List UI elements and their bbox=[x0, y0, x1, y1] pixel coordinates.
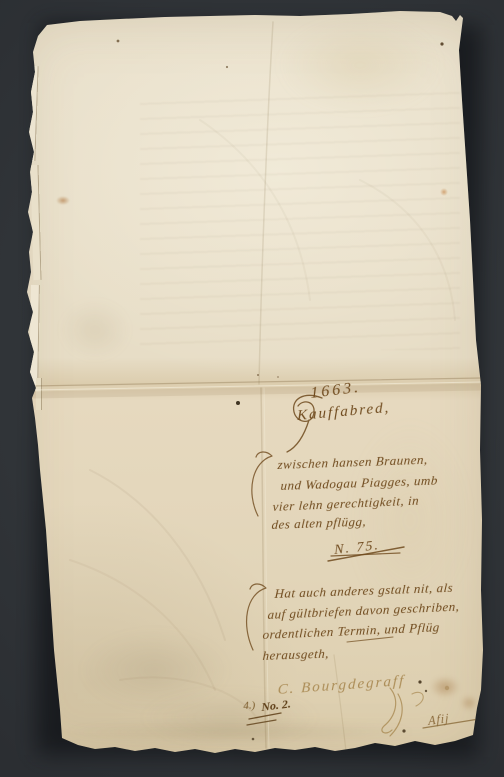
smudge bbox=[60, 720, 420, 744]
smudge bbox=[60, 300, 130, 360]
stain bbox=[56, 196, 70, 205]
paragraph1-bracket-flourish bbox=[252, 452, 272, 516]
manuscript-line: herausgeth, bbox=[262, 646, 329, 664]
manuscript-paper: 1663. Kauffabred, zwischen hansen Braune… bbox=[0, 0, 504, 777]
torn-edge bbox=[30, 165, 41, 280]
torn-edge bbox=[36, 378, 42, 410]
stain bbox=[460, 695, 478, 711]
photograph-of-manuscript: 1663. Kauffabred, zwischen hansen Braune… bbox=[0, 0, 504, 777]
signature: C. Bourgdegraff bbox=[277, 673, 405, 699]
signature-end-flourish bbox=[412, 692, 423, 706]
title-inscription: Kauffabred, bbox=[297, 400, 390, 425]
torn-edge bbox=[28, 66, 38, 161]
manuscript-line: ordentlichen Termin, und Pflüg bbox=[262, 619, 440, 643]
text-show-through bbox=[140, 90, 460, 350]
fold-crease-highlight bbox=[30, 382, 481, 390]
fold-crease-horizontal bbox=[30, 378, 481, 386]
struck-out-word: Afij bbox=[428, 711, 450, 729]
stain bbox=[430, 676, 460, 698]
wrinkle bbox=[90, 470, 225, 640]
manuscript-line: des alten pflügg, bbox=[271, 514, 367, 533]
torn-edge bbox=[29, 285, 40, 390]
year-inscription: 1663. bbox=[310, 379, 362, 403]
side-mark: 4.) bbox=[243, 699, 256, 712]
fold-crease-shade bbox=[30, 387, 481, 395]
